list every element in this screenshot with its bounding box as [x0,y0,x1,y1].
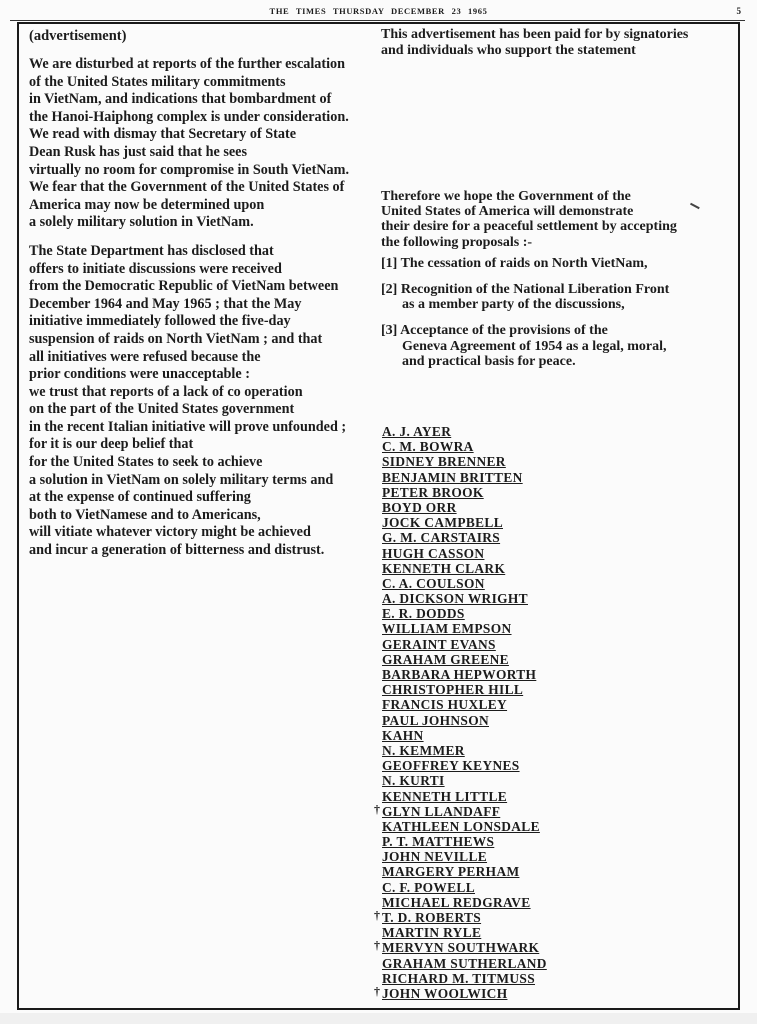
signatory: RICHARD M. TITMUSS [382,970,622,985]
printer-credit [29,984,34,985]
signatory-name: G. M. CARSTAIRS [382,532,500,544]
proposal-text: Recognition of the National Liberation F… [401,282,669,297]
statement-line: for the United States to seek to achieve [29,454,369,472]
statement-line: We are disturbed at reports of the furth… [29,56,369,74]
signatory: WILLIAM EMPSON [382,620,622,635]
statement-line: prior conditions were unacceptable : [29,366,369,384]
statement-line: we trust that reports of a lack of co op… [29,384,369,402]
signatory: G. M. CARSTAIRS [382,529,622,544]
proposal-number: [2] [381,282,401,297]
masthead-title: THE TIMES THURSDAY DECEMBER 23 1965 [0,6,757,16]
signatory: †T. D. ROBERTS [382,909,622,924]
signatory: KENNETH LITTLE [382,788,622,803]
statement-line: a solely military solution in VietNam. [29,214,369,232]
proposal-number: [3] [381,323,400,338]
signatory: FRANCIS HUXLEY [382,696,622,711]
statement-column: (advertisement) We are disturbed at repo… [29,27,369,571]
signatory: PAUL JOHNSON [382,712,622,727]
signatory: C. M. BOWRA [382,438,622,453]
signatory: C. F. POWELL [382,879,622,894]
signatory-name: GEOFFREY KEYNES [382,760,520,772]
statement-line: The State Department has disclosed that [29,243,369,261]
signatory-name: C. M. BOWRA [382,441,474,453]
proposals-list: [1] The cessation of raids on North Viet… [381,256,731,369]
signatory: BENJAMIN BRITTEN [382,469,622,484]
statement-line: on the part of the United States governm… [29,401,369,419]
dagger-icon: † [374,803,380,815]
signatory-name: MARTIN RYLE [382,927,481,939]
proposals-intro-line: Therefore we hope the Government of the [381,189,731,204]
signatory: HUGH CASSON [382,545,622,560]
signatory-name: FRANCIS HUXLEY [382,699,507,711]
signatory-name: KATHLEEN LONSDALE [382,821,540,833]
signatory: BARBARA HEPWORTH [382,666,622,681]
statement-line: in the recent Italian initiative will pr… [29,419,369,437]
signatory: GRAHAM SUTHERLAND [382,955,622,970]
signatory-name: KENNETH CLARK [382,563,505,575]
signatory-name: BOYD ORR [382,502,457,514]
signatory: C. A. COULSON [382,575,622,590]
sponsor-line: and individuals who support the statemen… [381,43,731,59]
signatory-name: C. F. POWELL [382,882,475,894]
signatory-name: N. KURTI [382,775,445,787]
signatory: KATHLEEN LONSDALE [382,818,622,833]
signatory: A. DICKSON WRIGHT [382,590,622,605]
signatory-name: MARGERY PERHAM [382,866,519,878]
signatory-name: C. A. COULSON [382,578,485,590]
signatory-name: WILLIAM EMPSON [382,623,512,635]
proposal-line: [3] Acceptance of the provisions of the [381,323,731,338]
signatory: GERAINT EVANS [382,636,622,651]
signatories-list: A. J. AYER C. M. BOWRA SIDNEY BRENNER BE… [382,423,622,1000]
statement-line: suspension of raids on North VietNam ; a… [29,331,369,349]
signatory-name: KENNETH LITTLE [382,791,507,803]
signatory-name: JOHN NEVILLE [382,851,487,863]
statement-line: December 1964 and May 1965 ; that the Ma… [29,296,369,314]
signatory-name: A. J. AYER [382,426,451,438]
signatory-name: JOHN WOOLWICH [382,988,507,1000]
statement-line: America may now be determined upon [29,197,369,215]
statement-line: both to VietNamese and to Americans, [29,507,369,525]
signatory-name: GLYN LLANDAFF [382,806,500,818]
signatory-name: E. R. DODDS [382,608,465,620]
signatory-name: N. KEMMER [382,745,465,757]
signatory: E. R. DODDS [382,605,622,620]
signatory: N. KEMMER [382,742,622,757]
statement-paragraph: We are disturbed at reports of the furth… [29,56,369,232]
signatory: MARTIN RYLE [382,924,622,939]
proposal-number: [1] [381,256,401,271]
statement-line: Dean Rusk has just said that he sees [29,144,369,162]
signatory: KENNETH CLARK [382,560,622,575]
signatory-name: GERAINT EVANS [382,639,496,651]
signatory: †MERVYN SOUTHWARK [382,939,622,954]
proposals-intro-line: the following proposals :- [381,235,731,250]
signatory: P. T. MATTHEWS [382,833,622,848]
signatory-name: GRAHAM GREENE [382,654,509,666]
signatory: GRAHAM GREENE [382,651,622,666]
advertisement-label: (advertisement) [29,27,369,45]
statement-line: in VietNam, and indications that bombard… [29,91,369,109]
statement-paragraphs: We are disturbed at reports of the furth… [29,56,369,560]
newspaper-masthead: THE TIMES THURSDAY DECEMBER 23 1965 5 [0,5,757,19]
proposal-line: [1] The cessation of raids on North Viet… [381,256,731,271]
signatory: MICHAEL REDGRAVE [382,894,622,909]
signatory-name: PETER BROOK [382,487,484,499]
dagger-icon: † [374,909,380,921]
statement-line: offers to initiate discussions were rece… [29,261,369,279]
statement-line: We read with dismay that Secretary of St… [29,126,369,144]
signatory-name: MERVYN SOUTHWARK [382,942,539,954]
signatory-name: JOCK CAMPBELL [382,517,503,529]
proposal-line: and practical basis for peace. [381,354,731,369]
statement-line: will vitiate whatever victory might be a… [29,524,369,542]
signatory: CHRISTOPHER HILL [382,681,622,696]
proposals-intro-line: their desire for a peaceful settlement b… [381,219,731,234]
proposal-line: as a member party of the discussions, [381,297,731,312]
sponsor-line: This advertisement has been paid for by … [381,27,731,43]
signatory-name: SIDNEY BRENNER [382,456,506,468]
statement-line: of the United States military commitment… [29,74,369,92]
signatory-name: PAUL JOHNSON [382,715,489,727]
signatory-name: CHRISTOPHER HILL [382,684,523,696]
sponsor-lines: This advertisement has been paid for by … [381,27,731,58]
page-number: 5 [737,6,742,16]
signatory: GEOFFREY KEYNES [382,757,622,772]
proposal-item: [2] Recognition of the National Liberati… [381,282,731,312]
statement-line: all initiatives were refused because the [29,349,369,367]
signatory: A. J. AYER [382,423,622,438]
proposals-intro: Therefore we hope the Government of theU… [381,189,731,250]
signatory-name: T. D. ROBERTS [382,912,481,924]
signatory: JOCK CAMPBELL [382,514,622,529]
statement-line: from the Democratic Republic of VietNam … [29,278,369,296]
proposal-item: [1] The cessation of raids on North Viet… [381,256,731,271]
signatory: PETER BROOK [382,484,622,499]
dagger-icon: † [374,985,380,997]
signatory-name: P. T. MATTHEWS [382,836,494,848]
signatory: JOHN NEVILLE [382,848,622,863]
statement-line: a solution in VietNam on solely military… [29,472,369,490]
statement-line: We fear that the Government of the Unite… [29,179,369,197]
page-edge [0,1013,757,1024]
signatory-name: KAHN [382,730,424,742]
signatory-name: GRAHAM SUTHERLAND [382,958,547,970]
signatory: †JOHN WOOLWICH [382,985,622,1000]
signatory-credentials [382,1003,622,1007]
signatory: BOYD ORR [382,499,622,514]
statement-line: at the expense of continued suffering [29,489,369,507]
statement-line: the Hanoi-Haiphong complex is under cons… [29,109,369,127]
proposal-line: Geneva Agreement of 1954 as a legal, mor… [381,339,731,354]
sponsor-note: This advertisement has been paid for by … [381,27,731,63]
signatory: †GLYN LLANDAFF [382,803,622,818]
signatory-name: RICHARD M. TITMUSS [382,973,535,985]
proposal-item: [3] Acceptance of the provisions of theG… [381,323,731,369]
proposal-text: Acceptance of the provisions of the [400,323,608,338]
signatory: MARGERY PERHAM [382,863,622,878]
proposals-section: Therefore we hope the Government of theU… [381,189,731,369]
statement-line: for it is our deep belief that [29,436,369,454]
statement-paragraph: The State Department has disclosed thato… [29,243,369,560]
sponsor-fineprint [381,58,731,63]
proposals-intro-line: United States of America will demonstrat… [381,204,731,219]
masthead-rule [10,20,745,21]
signatory-name: HUGH CASSON [382,548,484,560]
signatory-name: A. DICKSON WRIGHT [382,593,528,605]
statement-line: initiative immediately followed the five… [29,313,369,331]
signatory-name: MICHAEL REDGRAVE [382,897,531,909]
signatory: KAHN [382,727,622,742]
signatory: N. KURTI [382,772,622,787]
dagger-icon: † [374,939,380,951]
signatory-name: BARBARA HEPWORTH [382,669,536,681]
signatory: SIDNEY BRENNER [382,453,622,468]
statement-line: and incur a generation of bitterness and… [29,542,369,560]
statement-line: virtually no room for compromise in Sout… [29,162,369,180]
signatory-name: BENJAMIN BRITTEN [382,472,523,484]
proposal-text: The cessation of raids on North VietNam, [401,256,648,271]
proposal-line: [2] Recognition of the National Liberati… [381,282,731,297]
